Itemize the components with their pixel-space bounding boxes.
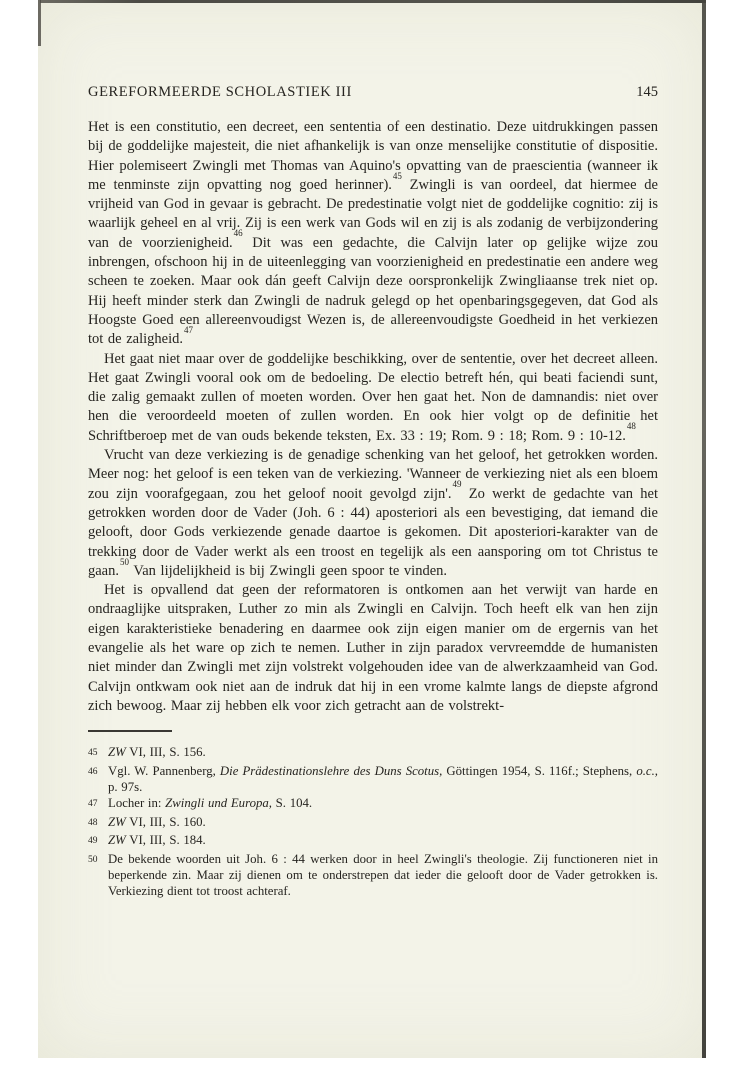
paragraph: Het is een constitutio, een decreet, een…: [88, 118, 658, 350]
scan-edge-right: [702, 0, 706, 1058]
footnote-text: De bekende woorden uit Joh. 6 : 44 werke…: [108, 851, 658, 900]
running-header-title: GEREFORMEERDE SCHOLASTIEK III: [88, 84, 352, 101]
footnote: 46Vgl. W. Pannenberg, Die Prädestination…: [88, 763, 658, 796]
page-number: 145: [636, 84, 658, 101]
footnote-text: ZW VI, III, S. 160.: [108, 814, 658, 832]
footnote-text: Vgl. W. Pannenberg, Die Prädestinationsl…: [108, 763, 658, 796]
footnote-text: ZW VI, III, S. 184.: [108, 832, 658, 850]
footnote-ref: 50: [120, 557, 129, 567]
footnotes-section: 45ZW VI, III, S. 156.46Vgl. W. Pannenber…: [88, 744, 658, 900]
paragraph: Vrucht van deze verkiezing is de genadig…: [88, 446, 658, 581]
scanned-book-page: GEREFORMEERDE SCHOLASTIEK III 145 Het is…: [0, 0, 738, 1068]
footnote: 50De bekende woorden uit Joh. 6 : 44 wer…: [88, 851, 658, 900]
footnote-separator: [88, 730, 172, 732]
footnote-ref: 45: [393, 171, 402, 181]
italic-text: ZW: [108, 745, 126, 759]
body-text: Het is een constitutio, een decreet, een…: [88, 118, 658, 716]
footnote-marker: 46: [88, 762, 108, 795]
footnote-marker: 49: [88, 831, 108, 849]
footnote: 48ZW VI, III, S. 160.: [88, 814, 658, 832]
italic-text: ZW: [108, 833, 126, 847]
footnote-text: Locher in: Zwingli und Europa, S. 104.: [108, 795, 658, 813]
footnote-marker: 48: [88, 813, 108, 831]
footnote-text: ZW VI, III, S. 156.: [108, 744, 658, 762]
footnote-marker: 45: [88, 743, 108, 761]
footnote: 45ZW VI, III, S. 156.: [88, 744, 658, 762]
footnote-marker: 50: [88, 850, 108, 899]
paragraph: Het is opvallend dat geen der reformator…: [88, 581, 658, 716]
paper-sheet: GEREFORMEERDE SCHOLASTIEK III 145 Het is…: [38, 0, 706, 1058]
page-content: GEREFORMEERDE SCHOLASTIEK III 145 Het is…: [88, 84, 658, 900]
page-header: GEREFORMEERDE SCHOLASTIEK III 145: [88, 84, 658, 101]
scan-edge-top: [40, 0, 706, 3]
paragraph: Het gaat niet maar over de goddelijke be…: [88, 350, 658, 446]
footnote-marker: 47: [88, 794, 108, 812]
scan-edge-left: [38, 0, 41, 46]
footnote: 47Locher in: Zwingli und Europa, S. 104.: [88, 795, 658, 813]
footnote-ref: 49: [452, 479, 461, 489]
italic-text: Die Prädestinationslehre des Duns Scotus…: [220, 764, 442, 778]
italic-text: Zwingli und Europa,: [165, 796, 272, 810]
footnote-ref: 47: [184, 325, 193, 335]
italic-text: ZW: [108, 815, 126, 829]
footnote-ref: 48: [627, 421, 636, 431]
italic-text: o.c.,: [636, 764, 658, 778]
footnote-ref: 46: [234, 228, 243, 238]
footnote: 49ZW VI, III, S. 184.: [88, 832, 658, 850]
